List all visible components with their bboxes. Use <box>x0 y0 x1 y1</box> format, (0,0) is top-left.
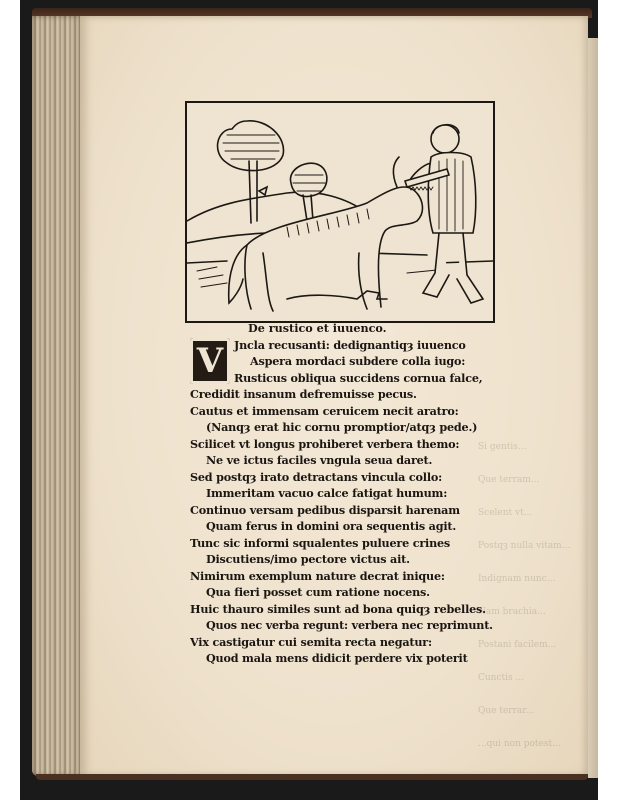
verse-line: Vix castigatur cui semita recta negatur: <box>190 634 510 651</box>
verse-line: Tunc sic informi squalentes puluere crin… <box>190 535 510 552</box>
poem-title: De rustico et iuuenco. <box>190 320 510 337</box>
verse-line: Scilicet vt longus prohiberet verbera th… <box>190 436 510 453</box>
book-cover-bottom-edge <box>36 774 588 780</box>
bleed-line: Que terrar... <box>478 706 570 717</box>
verse-line: Sed postqȝ irato detractans vincula coll… <box>190 469 510 486</box>
verse-line: Jncla recusanti: dedignantiqȝ iuuenco <box>190 337 510 354</box>
verse-line: Aspera mordaci subdere colla iugo: <box>190 353 510 370</box>
verse-line: Nimirum exemplum nature decrat inique: <box>190 568 510 585</box>
peasant-and-bullock-illustration <box>187 103 493 321</box>
verse-line: Credidit insanum defremuisse pecus. <box>190 386 510 403</box>
verse-line: Discutiens/imo pectore victus ait. <box>190 551 510 568</box>
woodcut-illustration <box>185 101 495 323</box>
page-stack-edges <box>32 16 80 776</box>
verse-line: Quod mala mens didicit perdere vix poter… <box>190 650 510 667</box>
verse-line: Cautus et immensam ceruicem necit aratro… <box>190 403 510 420</box>
verse-line: Ne ve ictus faciles vngula seua daret. <box>190 452 510 469</box>
verse-line: Continuo versam pedibus disparsit harena… <box>190 502 510 519</box>
verse-line: Qua fieri posset cum ratione nocens. <box>190 584 510 601</box>
bleed-line: Cunctis ... <box>478 673 570 684</box>
verse-line: Quam ferus in domini ora sequentis agit. <box>190 518 510 535</box>
verse-line: Rusticus obliqua succidens cornua falce, <box>190 370 510 387</box>
poem-text-block: De rustico et iuuenco. Jncla recusanti: … <box>190 320 510 667</box>
verse-line: Huic thauro similes sunt ad bona quiqȝ r… <box>190 601 510 618</box>
bleed-line: ...qui non potest... <box>478 739 570 750</box>
facing-page-edge <box>588 38 598 778</box>
verse-line: Immeritam vacuo calce fatigat humum: <box>190 485 510 502</box>
verse-line: Quos nec verba regunt: verbera nec repri… <box>190 617 510 634</box>
verse-line: (Nanqȝ erat hic cornu promptior/atqȝ ped… <box>190 419 510 436</box>
